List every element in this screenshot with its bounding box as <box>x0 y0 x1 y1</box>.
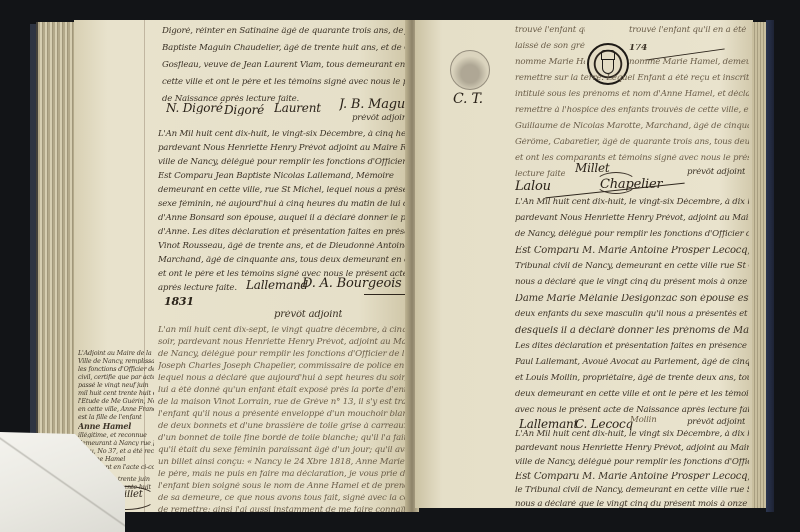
entry-line: pardevant nous Henriette Henry Prévot, a… <box>515 444 749 453</box>
entry-line: Joseph Charles Joseph Chapelier, commiss… <box>158 362 406 371</box>
entry-line: d'Anne Bonsard son épouse, auquel il a d… <box>158 214 408 223</box>
open-register-book: Digoré, réinter en Satinaine âgé de quar… <box>0 0 800 532</box>
entry-line: lui a été donné qu'un enfant était expos… <box>158 386 406 395</box>
margin-note-line: civil, certifie que par acte <box>78 374 154 380</box>
entry-line: lecture faite. <box>515 170 565 179</box>
margin-note-line: mil huit cent trente huit en <box>78 390 154 396</box>
margin-note-line: est la fille de l'enfant <box>78 414 154 420</box>
entry-line: nomme Marie Hamel, demeurant rue de la H… <box>629 58 749 67</box>
folio-number: 174 <box>629 44 649 53</box>
signature: Millet <box>575 162 610 174</box>
officer-note: prévôt adjoint <box>687 418 745 427</box>
entry-line: Est Comparu M. Marie Antoine Prosper Lec… <box>515 246 749 256</box>
signature: Lallemand <box>246 279 308 291</box>
entry-line: de la maison Vinot Lorrain, rue de Grève… <box>158 398 406 407</box>
entry-line: avec nous le présent acte de Naissance a… <box>515 406 749 415</box>
entry-line: Tribunal civil de Nancy, demeurant en ce… <box>515 262 749 271</box>
officer-note: prévôt adjoint <box>274 310 342 320</box>
entry-line: l'enfant bien soigné sous le nom de Anne… <box>158 482 406 491</box>
margin-note-line: illégitime, et reconnue <box>78 432 154 438</box>
entry-line: remettre à l'hospice des enfants trouvés… <box>515 106 749 115</box>
page-edges-right <box>752 22 766 508</box>
margin-note-line: L'Adjoint au Maire de la <box>78 350 154 356</box>
entry-line: L'an mil huit cent dix-sept, le vingt qu… <box>158 326 406 335</box>
entry-line: Paul Lallemant, Avoué Avocat au Parlemen… <box>515 358 749 367</box>
margin-note-name: Anne Hamel <box>78 422 154 430</box>
entry-line: après lecture faite. <box>158 284 238 293</box>
margin-note-line: l'Etude de Me Guérin, Notaire <box>78 398 154 404</box>
signature: J. B. Maguin <box>339 98 409 111</box>
entry-line: pardevant Nous Henriette Henry Prévot, a… <box>515 214 749 223</box>
entry-line: nous a déclaré que le vingt cinq du prés… <box>515 500 749 508</box>
entry-line: d'Anne. Les dites déclaration et présent… <box>158 228 408 237</box>
entry-line: et ont les comparants et témoins signé a… <box>515 154 749 163</box>
entry-line: sexe féminin, né aujourd'hui à cinq heur… <box>158 200 408 209</box>
entry-line: Gosfleau, veuve de Jean Laurent Viam, to… <box>162 61 407 70</box>
entry-line: Est Comparu Jean Baptiste Nicolas Lallem… <box>158 172 408 181</box>
entry-line: Baptiste Maguin Chaudelier, âgé de trent… <box>162 44 407 53</box>
entry-line: Marchand, âgé de cinquante ans, tous deu… <box>158 256 408 265</box>
entry-line: trouvé l'enfant qu'il en a été informé, … <box>515 26 585 35</box>
officer-note: prévôt adjoint <box>352 114 409 123</box>
entry-line: de Nancy, délégué pour remplir les fonct… <box>515 230 749 239</box>
entry-line: et Louis Mollin, propriétaire, âgé de tr… <box>515 374 749 383</box>
entry-line: de Nancy, délégué pour remplir les fonct… <box>158 350 406 359</box>
entry-line: Dame Marie Mélanie Desigonzac son épouse… <box>515 294 749 304</box>
entry-line: Les dites déclaration et présentation fa… <box>515 342 749 351</box>
entry-line: ville de Nancy, délégué pour remplir les… <box>158 158 408 167</box>
entry-line: le père, mais ne puis en faire ma déclar… <box>158 470 406 479</box>
entry-line: L'An Mil huit cent dix-huit, le vingt si… <box>515 430 749 439</box>
marginal-initials: C. T. <box>453 92 483 106</box>
entry-line: Est Comparu M. Marie Antoine Prosper Lec… <box>515 472 749 482</box>
signature: Lalou <box>515 180 551 193</box>
entry-line: de sa demeure, ce que nous avons tous fa… <box>158 494 406 503</box>
entry-line: Digoré, réinter en Satinaine âgé de quar… <box>162 27 407 36</box>
entry-line: deux demeurant en cette ville et ont le … <box>515 390 749 399</box>
entry-line: un billet ainsi conçu: « Nancy le 24 Xbr… <box>158 458 406 467</box>
signature: Mollin <box>630 416 657 425</box>
entry-line: nous a déclaré que le vingt cinq du prés… <box>515 278 749 287</box>
entry-line: trouvé l'enfant qu'il en a été informé, … <box>629 26 749 35</box>
margin-note-line: demeurant à Nancy rue Je <box>78 440 154 446</box>
entry-line: nomme Marie Hamel, demeurant rue de la H… <box>515 58 585 67</box>
entry-line: Gérôme, Cabaretier, âgé de quarante troi… <box>515 138 749 147</box>
entry-line: intitulé sous les prénoms et nom d'Anne … <box>515 90 749 99</box>
signature-paraph <box>595 172 637 194</box>
entry-line: Vinot Rousseau, âgé de trente ans, et de… <box>158 242 408 251</box>
entry-line: Guillaume de Nicolas Marotte, Marchand, … <box>515 122 749 131</box>
entry-line: cette ville et ont le père et les témoin… <box>162 78 407 87</box>
margin-note-line: Ville de Nancy, remplissant <box>78 358 154 364</box>
entry-line: de remettre; ainsi j'ai aussi instamment… <box>158 506 406 512</box>
entry-line: ville de Nancy, délégué pour remplir les… <box>515 458 749 467</box>
entry-line: remettre sur la terre. Lequel Enfant a é… <box>515 74 749 83</box>
signature: N. Digoré <box>166 102 223 114</box>
signature: C. Lecocq <box>575 418 633 430</box>
entry-line: le Tribunal civil de Nancy, demeurant en… <box>515 486 749 495</box>
entry-line: soir, pardevant nous Henriette Henry Pré… <box>158 338 406 347</box>
entry-line: L'An Mil huit cent dix-huit, le vingt-si… <box>515 198 749 207</box>
signature: Lallemant <box>519 418 578 430</box>
signature: Digoré <box>224 104 264 116</box>
entry-line: l'enfant qu'il nous a présenté enveloppé… <box>158 410 406 419</box>
entry-line: de deux bonnets et d'une brassière de to… <box>158 422 406 431</box>
entry-line: pardevant Nous Henriette Henry Prévot ad… <box>158 144 408 153</box>
book-cover-right <box>766 20 774 512</box>
margin-note-line: passé le vingt neuf juin <box>78 382 154 388</box>
signature: Laurent <box>274 102 321 114</box>
left-page: Digoré, réinter en Satinaine âgé de quar… <box>74 20 409 512</box>
shield-icon <box>602 59 614 74</box>
entry-line: deux enfants du sexe masculin qu'il nous… <box>515 310 749 319</box>
figure-stamp-icon <box>450 50 490 90</box>
entry-line: demeurant en cette ville, rue St Michel,… <box>158 186 408 195</box>
entry-line: desquels il a déclaré donner les prénoms… <box>515 326 749 336</box>
officer-note: prévôt adjoint <box>687 168 745 177</box>
margin-note-line: les fonctions d'Officier de l'Etat <box>78 366 154 372</box>
signature: D. A. Bourgeois <box>302 277 402 290</box>
right-page: C. T. 174 trouvé l'enfant qu'il en a été… <box>415 20 753 508</box>
entry-line: laissé de son gré en lui disant qu'elle … <box>515 42 585 51</box>
entry-line: qu'il était du sexe féminin paraissant â… <box>158 446 406 455</box>
entry-line: d'un bonnet de toile fine bordé de toile… <box>158 434 406 443</box>
margin-note-line: en cette ville, Anne Françoise <box>78 406 154 412</box>
page-number: 1831 <box>164 296 194 307</box>
signature-flourish <box>364 294 408 295</box>
entry-line: L'An Mil huit cent dix-huit, le vingt-si… <box>158 130 408 139</box>
entry-line: lequel nous a déclaré que aujourd'hui à … <box>158 374 406 383</box>
